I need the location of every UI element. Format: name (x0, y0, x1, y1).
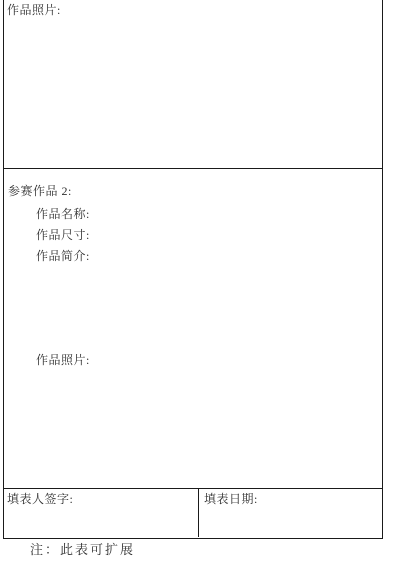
entry2-title: 参赛作品 2: (8, 184, 72, 198)
signer-cell: 填表人签字: (4, 489, 199, 537)
date-label: 填表日期: (204, 492, 258, 506)
scanned-form-page: 作品照片: 参赛作品 2: 作品名称: 作品尺寸: 作品简介: 作品照片: 填表… (0, 0, 395, 568)
form-table: 作品照片: 参赛作品 2: 作品名称: 作品尺寸: 作品简介: 作品照片: 填表… (3, 0, 383, 539)
work-intro-label: 作品简介: (36, 249, 90, 263)
photo-cell-entry1: 作品照片: (4, 0, 382, 169)
work-size-label: 作品尺寸: (36, 228, 90, 242)
work-name-label: 作品名称: (36, 207, 90, 221)
footnote-text: 注：此表可扩展 (30, 542, 135, 557)
work-photo-label-2: 作品照片: (36, 353, 90, 367)
work-photo-label-1: 作品照片: (7, 3, 61, 17)
signer-label: 填表人签字: (7, 492, 73, 506)
signature-date-row: 填表人签字: 填表日期: (4, 489, 382, 537)
entry2-section-cell: 参赛作品 2: 作品名称: 作品尺寸: 作品简介: 作品照片: (4, 169, 382, 489)
date-cell: 填表日期: (199, 489, 381, 537)
